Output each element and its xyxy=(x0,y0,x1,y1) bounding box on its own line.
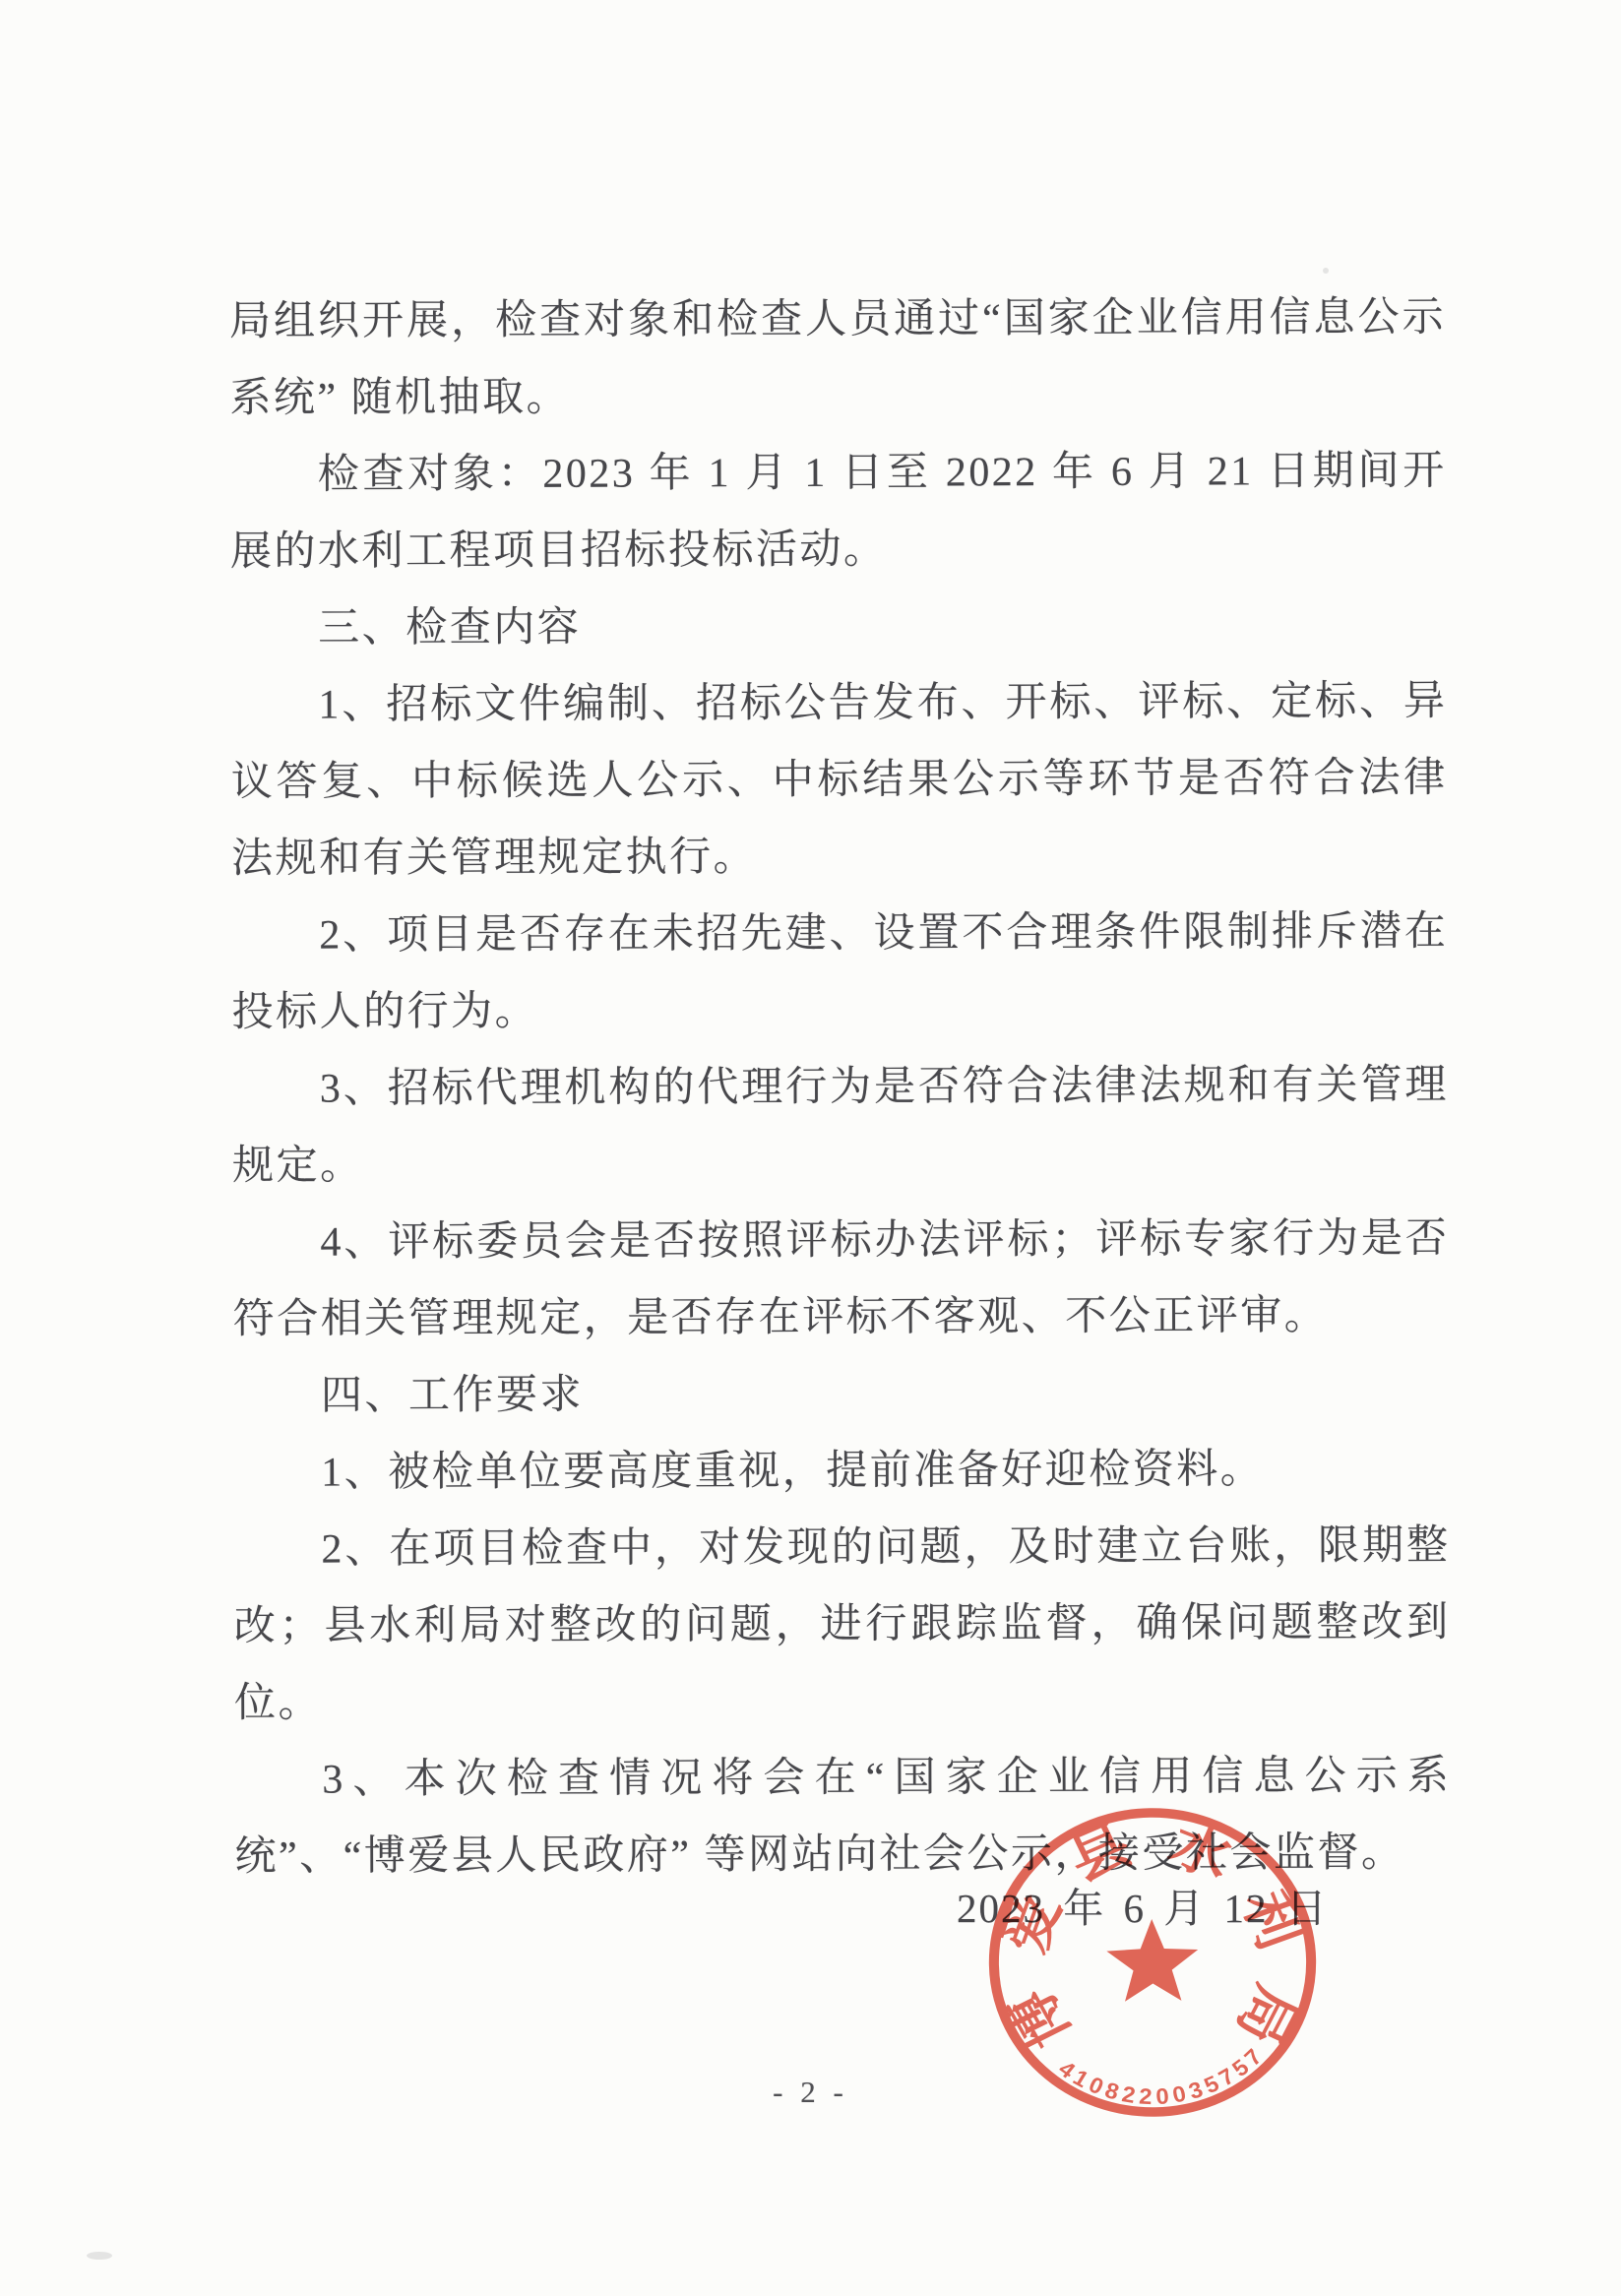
paragraph-inspection-targets: 检查对象：2023 年 1 月 1 日至 2022 年 6 月 21 日期间开展… xyxy=(230,433,1448,590)
document-body: 局组织开展，检查对象和检查人员通过“国家企业信用信息公示系统” 随机抽取。 检查… xyxy=(229,279,1452,1895)
section-heading-work-requirements: 四、工作要求 xyxy=(233,1354,1450,1435)
section-heading-inspection-content: 三、检查内容 xyxy=(230,587,1447,667)
paragraph-continuation: 局组织开展，检查对象和检查人员通过“国家企业信用信息公示系统” 随机抽取。 xyxy=(229,279,1447,437)
list-item-3: 3、招标代理机构的代理行为是否符合法律法规和有关管理规定。 xyxy=(232,1047,1450,1205)
scanned-document-page: 局组织开展，检查对象和检查人员通过“国家企业信用信息公示系统” 随机抽取。 检查… xyxy=(0,0,1621,2296)
list-item-4: 4、评标委员会是否按照评标办法评标；评标专家行为是否符合相关管理规定，是否存在评… xyxy=(232,1201,1450,1358)
list-item-1: 1、招标文件编制、招标公告发布、开标、评标、定标、异议答复、中标候选人公示、中标… xyxy=(230,663,1448,898)
scan-speck xyxy=(1323,268,1329,274)
scan-speck xyxy=(87,2252,112,2260)
page-number: - 2 - xyxy=(0,2075,1621,2110)
list-item-2: 2、项目是否存在未招先建、设置不合理条件限制排斥潜在投标人的行为。 xyxy=(231,894,1449,1051)
requirement-item-1: 1、被检单位要高度重视，提前准备好迎检资料。 xyxy=(233,1431,1450,1512)
requirement-item-2: 2、在项目检查中，对发现的问题，及时建立台账，限期整改；县水利局对整改的问题，进… xyxy=(233,1508,1451,1742)
